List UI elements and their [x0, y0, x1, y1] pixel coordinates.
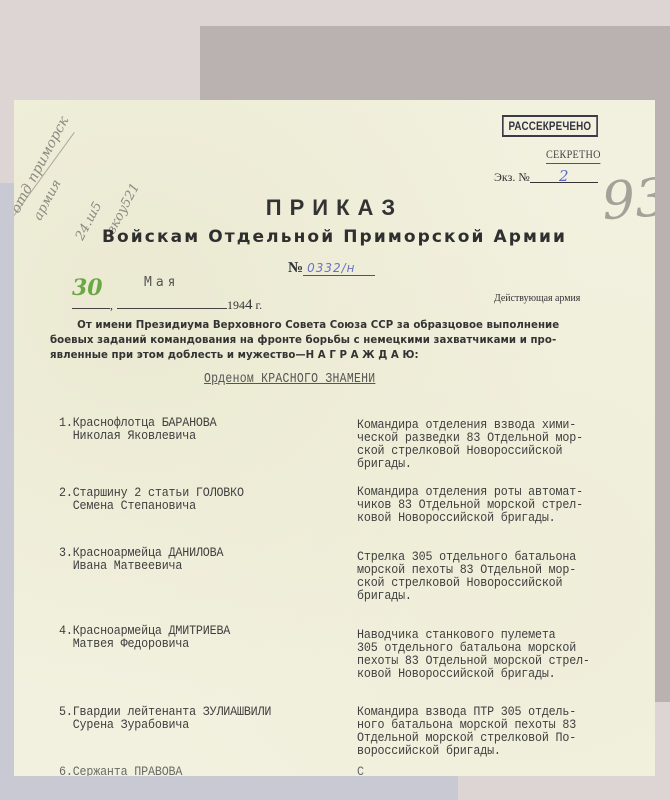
- awardee-description: Стрелка 305 отдельного батальона морской…: [357, 550, 576, 602]
- number-label: №: [288, 260, 303, 276]
- document-page: отд приморск армия 24.ш5 вкоу521 РАССЕКР…: [14, 100, 655, 776]
- declassified-stamp: РАССЕКРЕЧЕНО: [502, 115, 598, 137]
- order-number-value: 0332/н: [303, 261, 375, 276]
- awardee-description: Командира отделения роты автомат- чиков …: [357, 485, 583, 524]
- copy-label: Экз. №: [494, 170, 530, 184]
- preamble: От имени Президиума Верховного Совета Со…: [50, 318, 603, 363]
- awardee-name: 4.Красноармейца ДМИТРИЕВА Матвея Федоров…: [59, 624, 230, 650]
- award-heading: Орденом КРАСНОГО ЗНАМЕНИ: [204, 372, 375, 387]
- date-year-abbr: г.: [256, 298, 263, 312]
- awardee-name: 2.Старшину 2 статьи ГОЛОВКО Семена Степа…: [59, 486, 244, 512]
- date-year-suffix: 4: [245, 297, 253, 313]
- army-status: Действующая армия: [494, 292, 580, 304]
- awardee-name: 1.Краснофлотца БАРАНОВА Николая Яковлеви…: [59, 416, 216, 442]
- copy-number-value: 2: [530, 170, 598, 183]
- preamble-line: явленные при этом доблесть и мужество—Н …: [50, 349, 419, 361]
- order-number: №0332/н: [288, 260, 375, 277]
- date-month: Мая: [144, 275, 179, 290]
- awardee-description: Командира взвода ПТР 305 отдель- ного ба…: [357, 705, 576, 757]
- awardee-name: 5.Гвардии лейтенанта ЗУЛИАШВИЛИ Сурена З…: [59, 705, 271, 731]
- awardee-name: 3.Красноармейца ДАНИЛОВА Ивана Матвеевич…: [59, 546, 223, 572]
- awardee-description: С: [357, 765, 364, 776]
- date-line: ,1944 г.: [72, 297, 262, 314]
- preamble-line: боевых заданий командования на фронте бо…: [50, 334, 556, 346]
- awardee-name: 6.Сержанта ПРАВОВА: [59, 765, 182, 776]
- awardee-description: Командира отделения взвода хими- ческой …: [357, 418, 583, 470]
- awardee-description: Наводчика станкового пулемета 305 отдель…: [357, 628, 590, 680]
- classification-label: СЕКРЕТНО: [546, 147, 601, 164]
- copy-number: Экз. №2: [494, 170, 598, 185]
- preamble-line: От имени Президиума Верховного Совета Со…: [77, 319, 559, 331]
- date-year-prefix: 194: [227, 298, 245, 312]
- document-subtitle: Войскам Отдельной Приморской Армии: [14, 227, 655, 247]
- document-title: ПРИКАЗ: [14, 195, 655, 221]
